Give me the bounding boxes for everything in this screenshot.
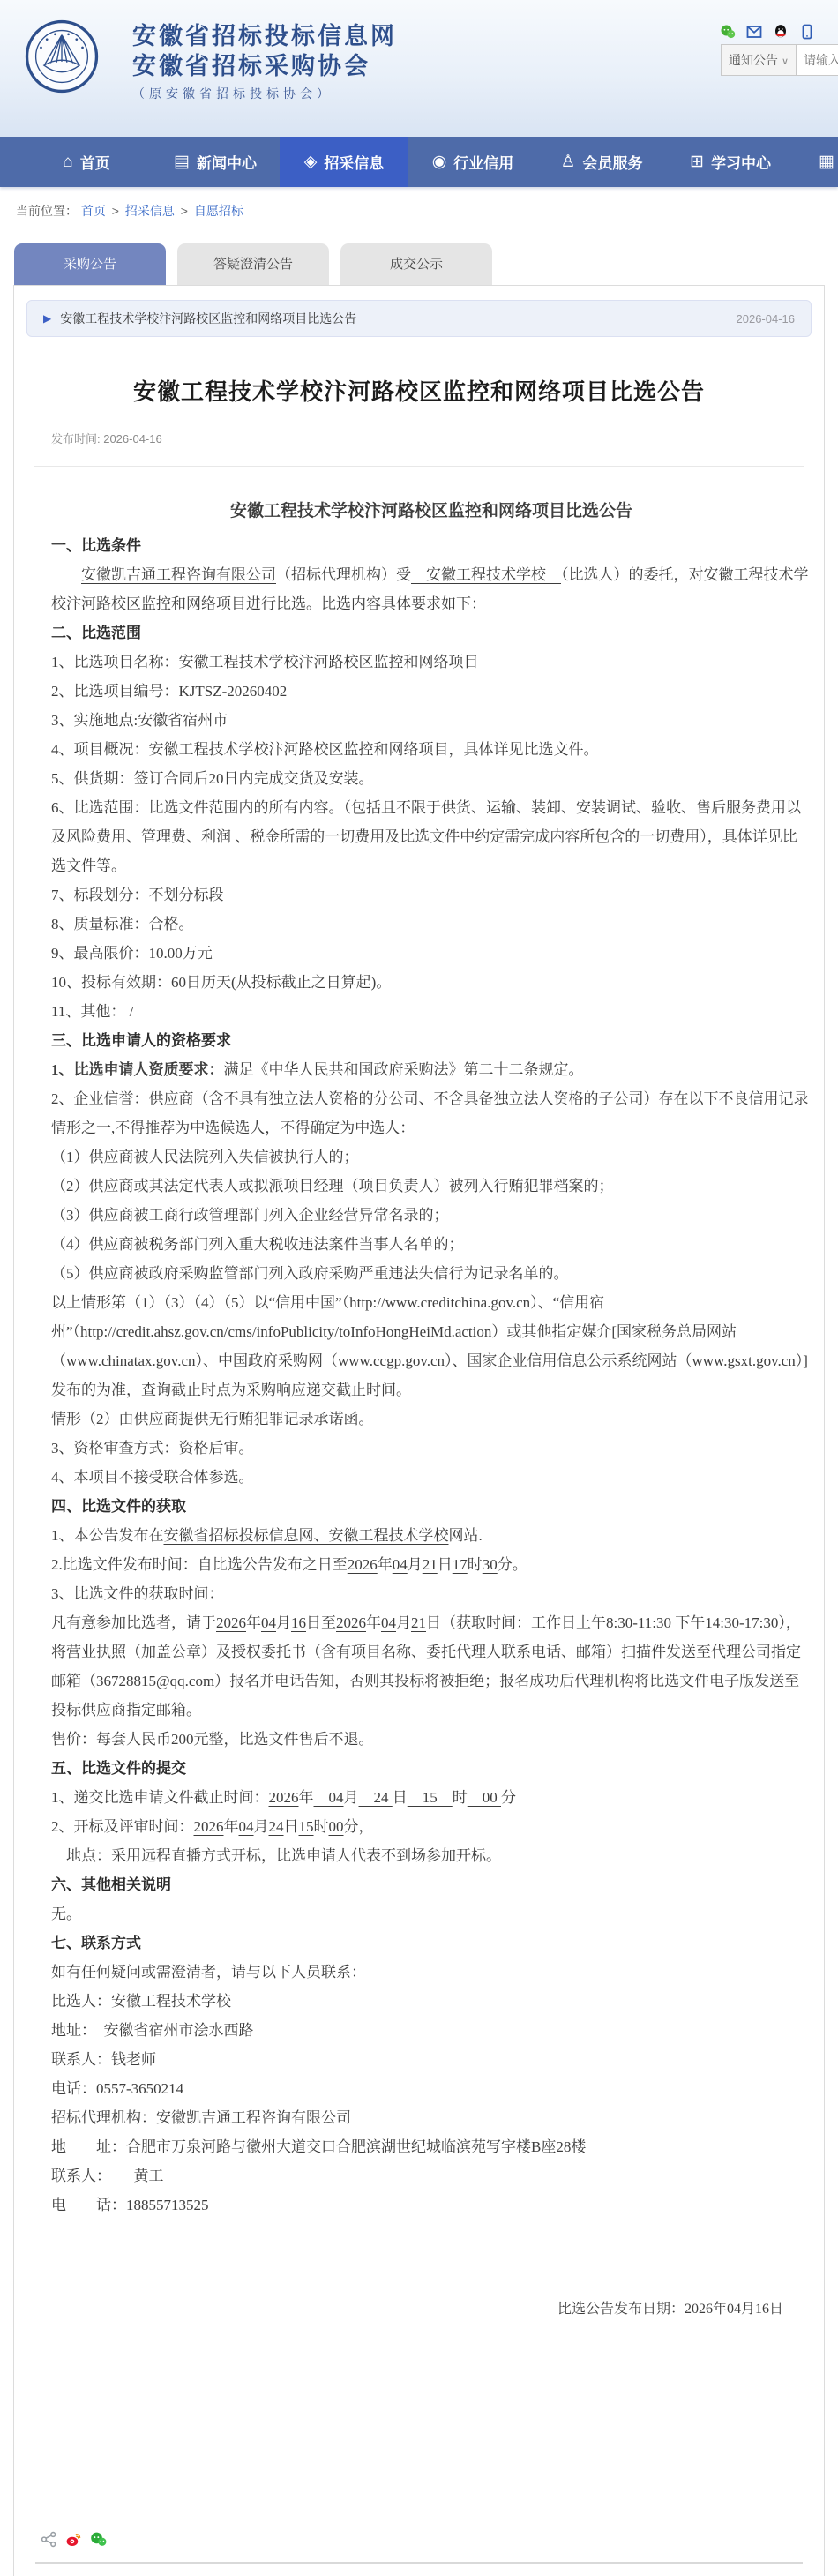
doc-paragraph: 4、项目概况：安徽工程技术学校汴河路校区监控和网络项目，具体详见比选文件。 [51, 735, 812, 764]
wechat-icon[interactable] [720, 24, 736, 40]
notice-date: 2026-04-16 [737, 312, 796, 326]
breadcrumb-link-home[interactable]: 首页 [81, 204, 106, 218]
doc-paragraph: 10、投标有效期：60日历天(从投标截止之日算起)。 [51, 968, 812, 997]
doc-paragraph: 1、本公告发布在安徽省招标投标信息网、安徽工程技术学校网站. [51, 1521, 812, 1550]
site-title-main: 安徽省招标投标信息网 [132, 21, 397, 51]
doc-paragraph: 地点：采用远程直播方式开标，比选申请人代表不到场参加开标。 [51, 1841, 812, 1870]
share-row [41, 2531, 107, 2548]
doc-paragraph: 6、比选范围：比选文件范围内的所有内容。（包括且不限于供货、运输、装卸、安装调试… [51, 793, 812, 880]
caret-right-icon: ▶ [43, 312, 51, 325]
document-body: 安徽工程技术学校汴河路校区监控和网络项目比选公告一、比选条件安徽凯吉通工程咨询有… [51, 497, 812, 2220]
nav-item-icon [690, 154, 704, 170]
nav-item-icon [432, 154, 447, 170]
nav-item[interactable]: 会员服务 [537, 137, 666, 187]
site-titles: 安徽省招标投标信息网 安徽省招标采购协会 （原安徽省招标投标协会） [132, 21, 397, 102]
doc-paragraph: 联系人： 黄工 [51, 2161, 812, 2190]
nav-item-label: 学习中心 [711, 151, 771, 173]
nav-item-icon [560, 154, 575, 170]
doc-footer-date: 比选公告发布日期：2026年04月16日 [14, 2297, 783, 2318]
nav-item[interactable]: 招采信息 [280, 137, 408, 187]
notice-list: ▶ 安徽工程技术学校汴河路校区监控和网络项目比选公告 2026-04-16 [14, 300, 824, 337]
qq-icon[interactable] [773, 24, 789, 40]
doc-paragraph: 比选人：安徽工程技术学校 [51, 1987, 812, 2016]
doc-paragraph: 招标代理机构：安徽凯吉通工程咨询有限公司 [51, 2103, 812, 2132]
doc-paragraph: 地 址：合肥市万泉河路与徽州大道交口合肥滨湖世纪城临滨苑写字楼B座28楼 [51, 2132, 812, 2161]
doc-paragraph: 售价：每套人民币200元整，比选文件售后不退。 [51, 1725, 812, 1754]
doc-paragraph: 3、比选文件的获取时间： [51, 1579, 812, 1608]
doc-paragraph: 2、比选项目编号：KJTSZ-20260402 [51, 677, 812, 706]
notice-list-item[interactable]: ▶ 安徽工程技术学校汴河路校区监控和网络项目比选公告 2026-04-16 [26, 300, 812, 337]
tab-label: 采购公告 [64, 257, 116, 272]
search-input[interactable] [797, 45, 838, 75]
tab[interactable]: 成交公示 [340, 243, 492, 285]
publish-time: 发布时间: 2026-04-16 [51, 430, 824, 446]
doc-paragraph: 2、企业信誉：供应商（含不具有独立法人资格的分公司、不含具备独立法人资格的子公司… [51, 1084, 812, 1142]
doc-paragraph: （3）供应商被工商行政管理部门列入企业经营异常名录的； [51, 1201, 812, 1230]
nav-item[interactable]: 新闻中心 [151, 137, 280, 187]
doc-paragraph: 安徽凯吉通工程咨询有限公司（招标代理机构）受 安徽工程技术学校 （比选人）的委托… [51, 560, 812, 618]
search-bar: 通知公告∨ [721, 44, 838, 76]
doc-paragraph: 9、最高限价：10.00万元 [51, 939, 812, 968]
doc-paragraph: 安徽工程技术学校汴河路校区监控和网络项目比选公告 [51, 497, 812, 526]
doc-paragraph: 7、标段划分：不划分标段 [51, 880, 812, 910]
doc-paragraph: 地址： 安徽省宿州市浍水西路 [51, 2016, 812, 2045]
search-category-dropdown[interactable]: 通知公告∨ [722, 45, 797, 75]
nav-item-icon [174, 154, 190, 170]
doc-paragraph: 情形（2）由供应商提供无行贿犯罪记录承诺函。 [51, 1404, 812, 1434]
doc-paragraph: 如有任何疑问或需澄清者，请与以下人员联系： [51, 1958, 812, 1987]
mail-icon[interactable] [746, 24, 762, 40]
site-title-association: 安徽省招标采购协会 [132, 51, 397, 81]
tab-label: 成交公示 [390, 257, 443, 272]
breadcrumb-separator: > [181, 204, 188, 218]
doc-paragraph: 以上情形第（1）（3）（4）（5）以“信用中国”（http://www.cred… [51, 1288, 812, 1404]
divider [34, 466, 804, 467]
nav-item-icon [63, 154, 72, 170]
doc-paragraph: 无。 [51, 1899, 812, 1928]
nav-item-icon [304, 154, 318, 170]
doc-paragraph: 二、比选范围 [51, 618, 812, 648]
nav-item[interactable]: 首页 [22, 137, 151, 187]
doc-paragraph: 2、开标及评审时间：2026年04月24日15时00分， [51, 1812, 812, 1841]
breadcrumb-link-bid-info[interactable]: 招采信息 [125, 204, 175, 218]
doc-paragraph: 8、质量标准：合格。 [51, 910, 812, 939]
doc-paragraph: 联系人：钱老师 [51, 2045, 812, 2074]
nav-item[interactable]: 行业信用 [408, 137, 537, 187]
doc-paragraph: （2）供应商或其法定代表人或拟派项目经理（项目负责人）被列入行贿犯罪档案的； [51, 1172, 812, 1201]
doc-paragraph: 5、供货期：签订合同后20日内完成交货及安装。 [51, 764, 812, 793]
nav-item-label: 行业信用 [453, 151, 513, 173]
article-title: 安徽工程技术学校汴河路校区监控和网络项目比选公告 [14, 374, 824, 407]
wechat-share-icon[interactable] [90, 2531, 107, 2548]
doc-paragraph: 一、比选条件 [51, 531, 812, 560]
content-panel: ▶ 安徽工程技术学校汴河路校区监控和网络项目比选公告 2026-04-16 安徽… [13, 285, 825, 2576]
doc-paragraph: 1、递交比选申请文件截止时间：2026年 04月 24 日 15 时 00 分 [51, 1783, 812, 1812]
doc-paragraph: 11、其他： / [51, 997, 812, 1026]
chevron-down-icon: ∨ [782, 56, 789, 67]
search-category-value: 通知公告 [729, 53, 778, 67]
site-title-former: （原安徽省招标投标协会） [132, 85, 397, 102]
tab[interactable]: 答疑澄清公告 [177, 243, 329, 285]
notice-title: 安徽工程技术学校汴河路校区监控和网络项目比选公告 [60, 310, 736, 327]
doc-paragraph: （4）供应商被税务部门列入重大税收违法案件当事人名单的； [51, 1230, 812, 1259]
breadcrumb-prefix: 当前位置： [16, 204, 78, 218]
doc-paragraph: （1）供应商被人民法院列入失信被执行人的； [51, 1142, 812, 1172]
breadcrumb-current: 自愿招标 [194, 204, 243, 218]
bottom-divider [35, 2562, 803, 2564]
main-nav: 首页 新闻中心 招采信息 行业信用 [0, 137, 838, 187]
nav-item-label: 会员服务 [583, 151, 643, 173]
site-header: 安徽省招标投标信息网 安徽省招标采购协会 （原安徽省招标投标协会） 通知公告∨ [0, 0, 838, 137]
nav-item-label: 招采信息 [324, 151, 384, 173]
association-seal-logo [25, 19, 99, 94]
quick-icons [720, 24, 815, 40]
tab-label: 答疑澄清公告 [213, 257, 293, 272]
weibo-icon[interactable] [65, 2531, 82, 2548]
doc-paragraph: 凡有意参加比选者，请于2026年04月16日至2026年04月21日（获取时间：… [51, 1608, 812, 1725]
share-icon[interactable] [41, 2531, 57, 2548]
nav-item-label: 首页 [80, 151, 110, 173]
doc-paragraph: 三、比选申请人的资格要求 [51, 1026, 812, 1055]
doc-paragraph: 五、比选文件的提交 [51, 1754, 812, 1783]
doc-paragraph: 六、其他相关说明 [51, 1870, 812, 1899]
doc-paragraph: 3、资格审查方式：资格后审。 [51, 1434, 812, 1463]
breadcrumb: 当前位置： 首页 > 招采信息 > 自愿招标 [16, 201, 838, 221]
doc-paragraph: （5）供应商被政府采购监管部门列入政府采购严重违法失信行为记录名单的。 [51, 1259, 812, 1288]
nav-items: 首页 新闻中心 招采信息 行业信用 [0, 137, 795, 187]
page: 安徽省招标投标信息网 安徽省招标采购协会 （原安徽省招标投标协会） 通知公告∨ [0, 0, 838, 2576]
doc-paragraph: 七、联系方式 [51, 1928, 812, 1958]
doc-paragraph: 4、本项目不接受联合体参选。 [51, 1463, 812, 1492]
tab-bar: 采购公告 答疑澄清公告 成交公示 [14, 243, 838, 285]
doc-paragraph: 电话：0557-3650214 [51, 2074, 812, 2103]
doc-paragraph: 3、实施地点:安徽省宿州市 [51, 706, 812, 735]
doc-paragraph: 电 话：18855713525 [51, 2190, 812, 2220]
doc-paragraph: 1、比选申请人资质要求：满足《中华人民共和国政府采购法》第二十二条规定。 [51, 1055, 812, 1084]
doc-paragraph: 1、比选项目名称：安徽工程技术学校汴河路校区监控和网络项目 [51, 648, 812, 677]
nav-item-partial[interactable]: ▦ [795, 137, 838, 187]
doc-paragraph: 2.比选文件发布时间：自比选公告发布之日至2026年04月21日17时30分。 [51, 1550, 812, 1579]
nav-item-label: 新闻中心 [197, 151, 257, 173]
tab[interactable]: 采购公告 [14, 243, 166, 285]
breadcrumb-separator: > [112, 204, 119, 218]
doc-paragraph: 四、比选文件的获取 [51, 1492, 812, 1521]
nav-item[interactable]: 学习中心 [666, 137, 795, 187]
mobile-icon[interactable] [799, 24, 815, 40]
